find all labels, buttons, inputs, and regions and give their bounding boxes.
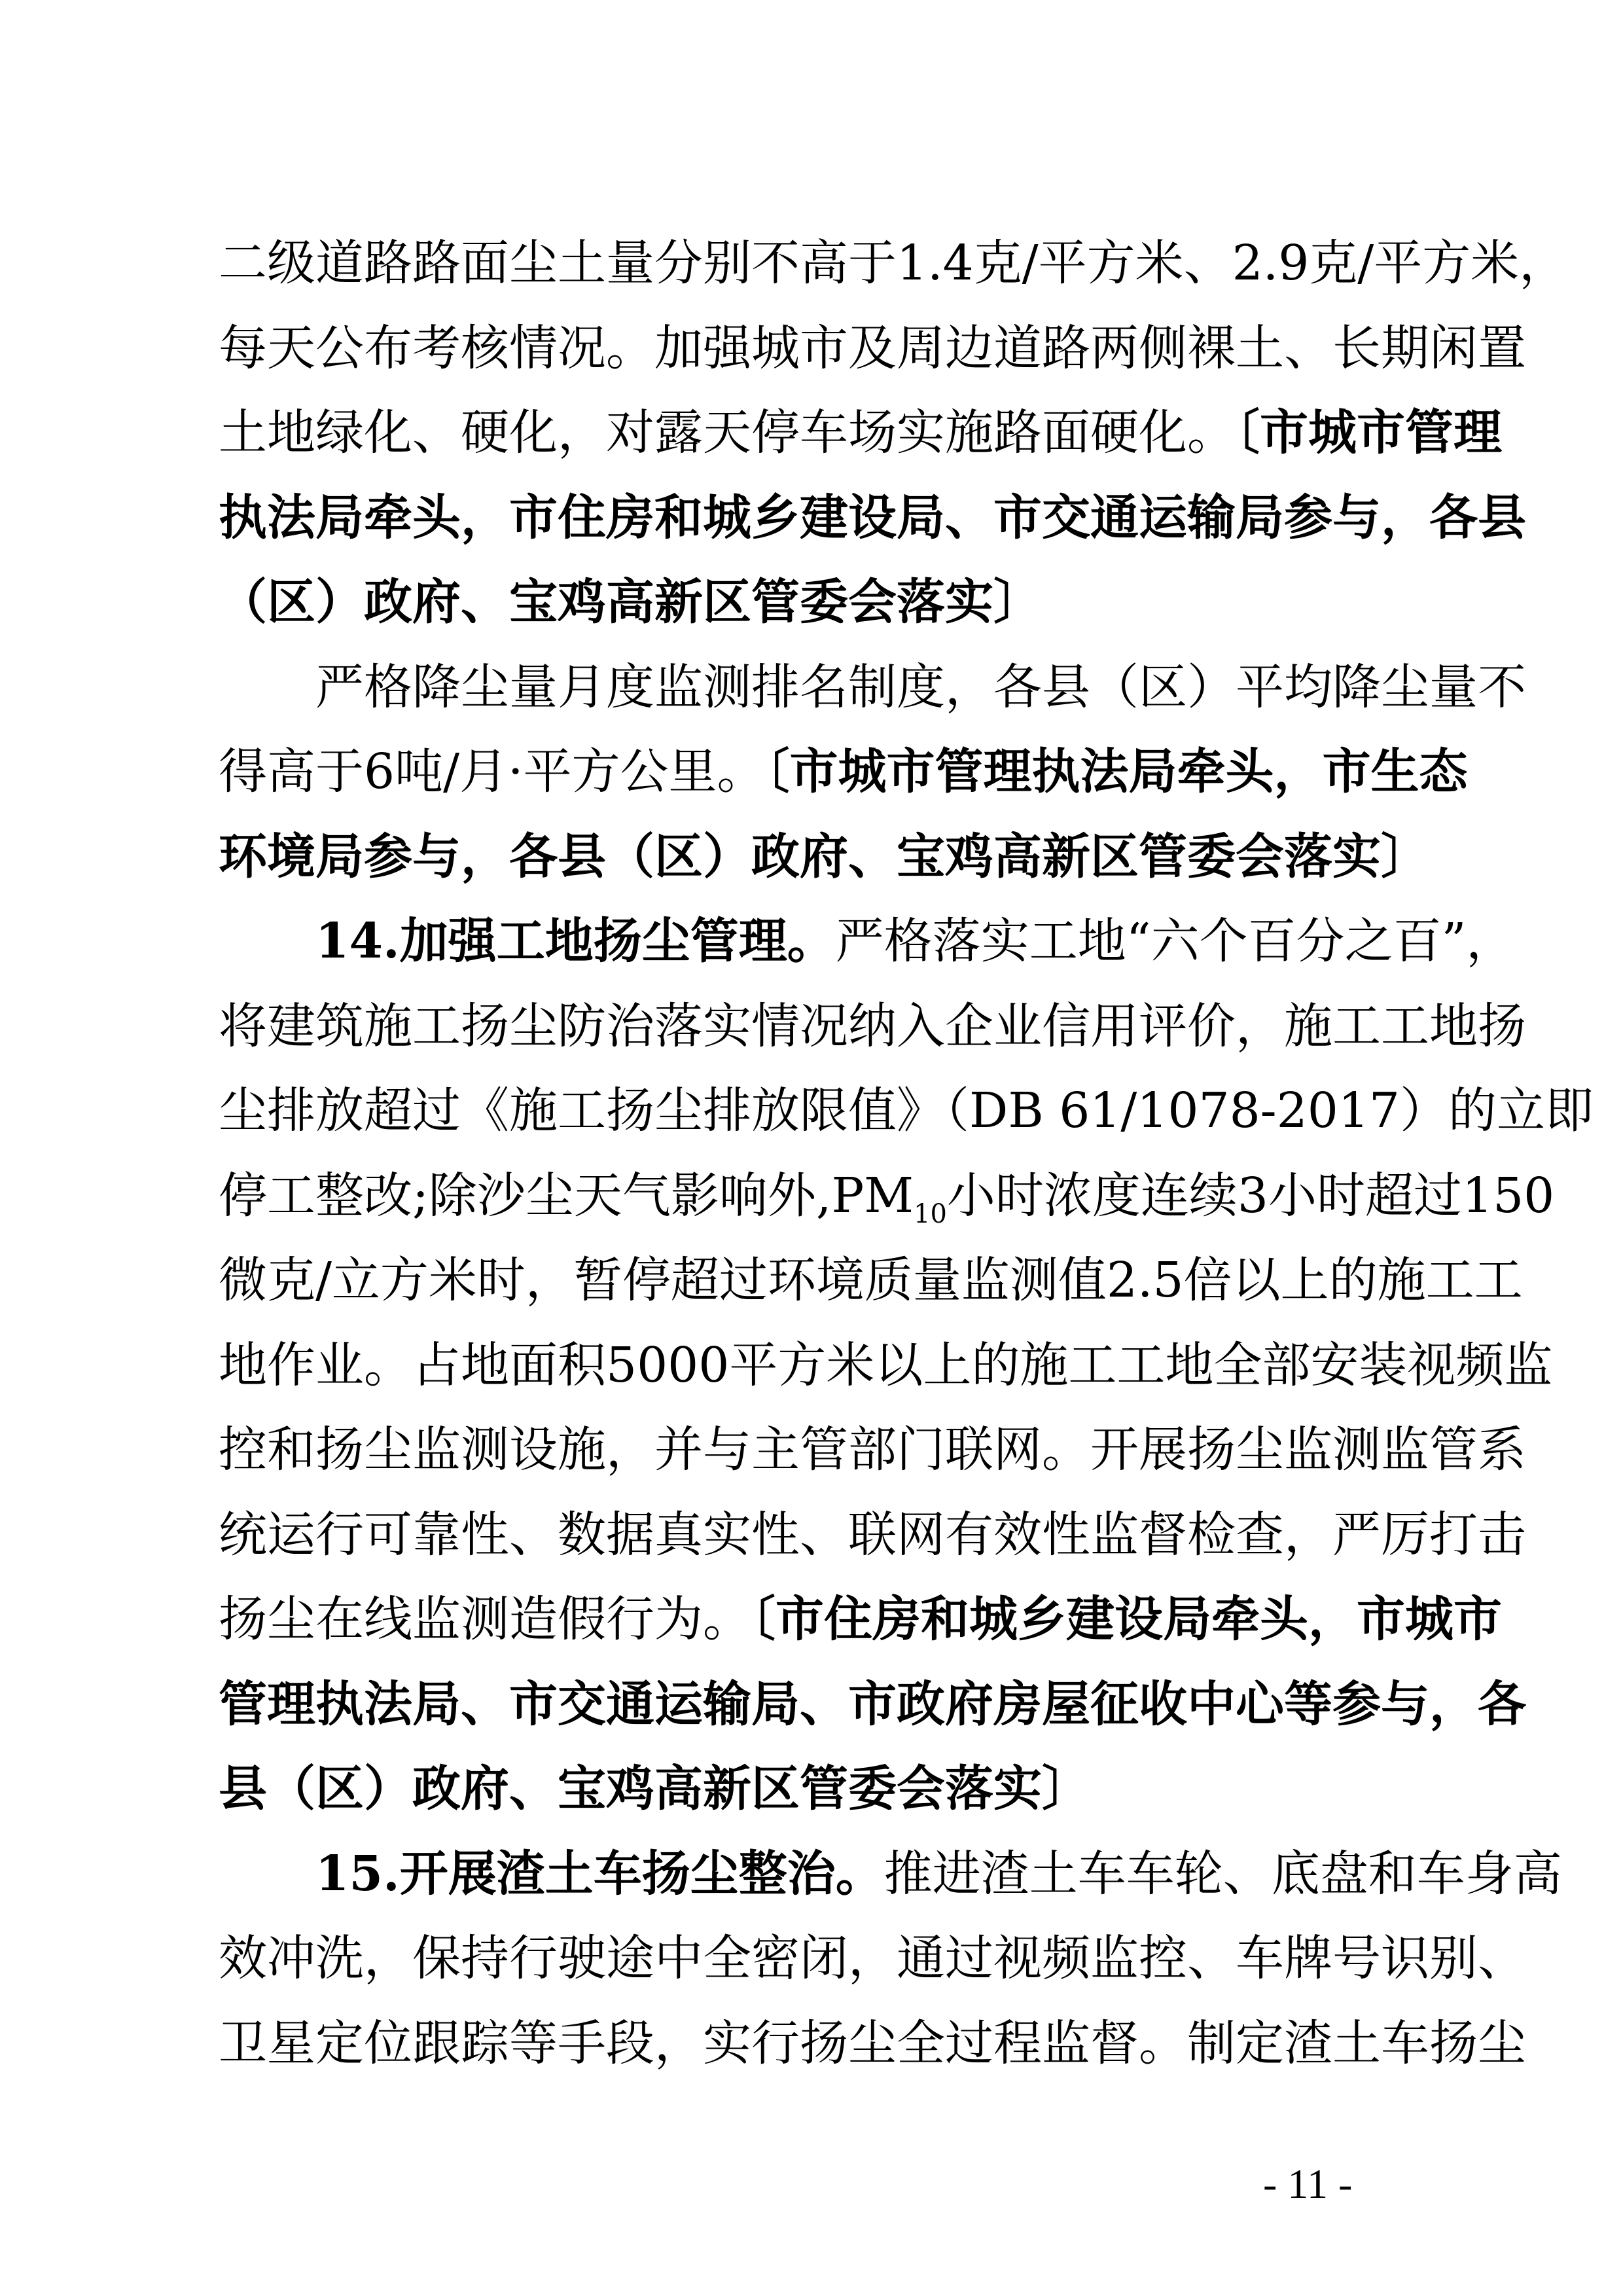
text-line: 卫星定位跟踪等手段，实行扬尘全过程监督。制定渣土车扬尘 [219, 2001, 1424, 2087]
text-line: 效冲洗，保持行驶途中全密闭，通过视频监控、车牌号识别、 [219, 1916, 1424, 2001]
text-line: 将建筑施工扬尘防治落实情况纳入企业信用评价，施工工地扬 [219, 984, 1424, 1069]
text-line: 二级道路路面尘土量分别不高于1.4克/平方米、2.9克/平方米， [219, 221, 1424, 306]
text-line: 扬尘在线监测造假行为。〔市住房和城乡建设局牵头，市城市 [219, 1577, 1424, 1662]
text-line: 县（区）政府、宝鸡高新区管委会落实〕 [219, 1747, 1424, 1832]
page-number: - 11 - [1263, 2160, 1352, 2208]
text-line: 得高于6吨/月·平方公里。〔市城市管理执法局牵头，市生态 [219, 730, 1424, 815]
text-line: 统运行可靠性、数据真实性、联网有效性监督检查，严厉打击 [219, 1493, 1424, 1578]
text-line: 管理执法局、市交通运输局、市政府房屋征收中心等参与，各 [219, 1662, 1424, 1748]
text-line: 土地绿化、硬化，对露天停车场实施路面硬化。〔市城市管理 [219, 391, 1424, 476]
text-line: 微克/立方米时，暂停超过环境质量监测值2.5倍以上的施工工 [219, 1238, 1424, 1323]
text-line: 尘排放超过《施工扬尘排放限值》（DB 61/1078-2017）的立即 [219, 1069, 1424, 1154]
text-line: 执法局牵头，市住房和城乡建设局、市交通运输局参与，各县 [219, 476, 1424, 561]
text-line: 地作业。占地面积5000平方米以上的施工工地全部安装视频监 [219, 1323, 1424, 1408]
text-line: 控和扬尘监测设施，并与主管部门联网。开展扬尘监测监管系 [219, 1408, 1424, 1493]
section-heading-14: 14.加强工地扬尘管理。严格落实工地“六个百分之百”， [219, 899, 1424, 984]
text-line: （区）政府、宝鸡高新区管委会落实〕 [219, 560, 1424, 645]
text-line: 每天公布考核情况。加强城市及周边道路两侧裸土、长期闲置 [219, 306, 1424, 391]
text-line: 停工整改;除沙尘天气影响外,PM10小时浓度连续3小时超过150 [219, 1154, 1424, 1239]
document-body: 二级道路路面尘土量分别不高于1.4克/平方米、2.9克/平方米， 每天公布考核情… [219, 221, 1424, 2086]
section-heading-15: 15.开展渣土车扬尘整治。推进渣土车车轮、底盘和车身高 [219, 1832, 1424, 1917]
text-line: 环境局参与，各县（区）政府、宝鸡高新区管委会落实〕 [219, 815, 1424, 900]
text-line: 严格降尘量月度监测排名制度，各县（区）平均降尘量不 [219, 645, 1424, 730]
